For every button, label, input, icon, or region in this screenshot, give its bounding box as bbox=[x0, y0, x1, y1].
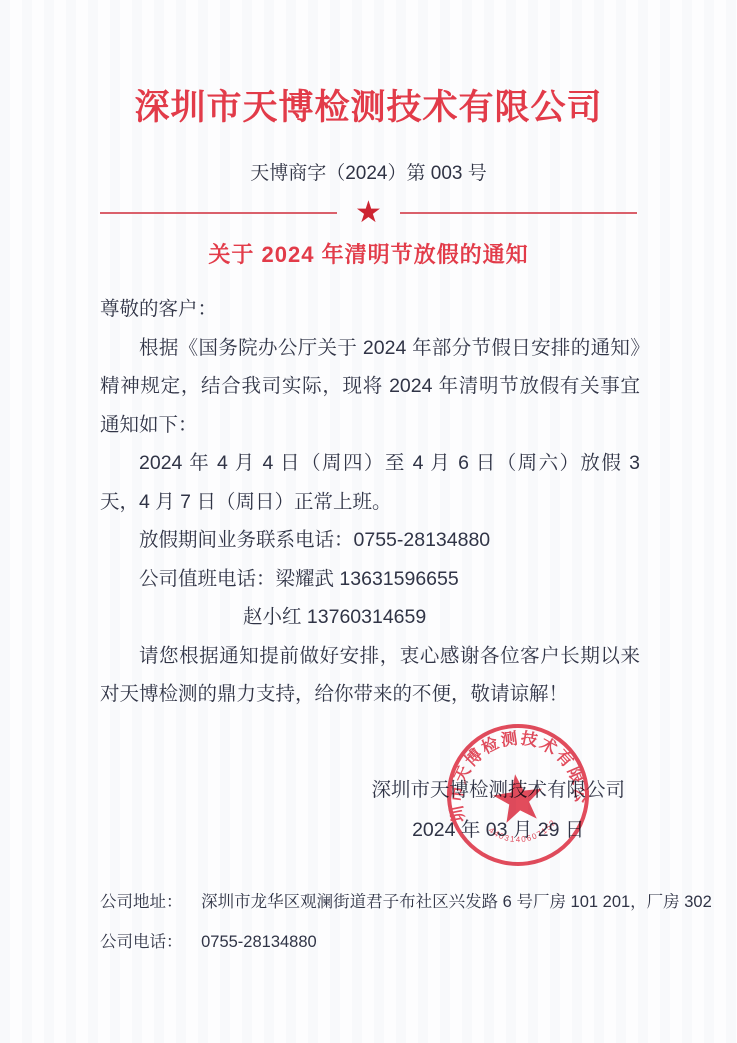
paragraph-closing: 请您根据通知提前做好安排，衷心感谢各位客户长期以来对天博检测的鼎力支持，给你带来… bbox=[100, 637, 640, 714]
star-icon: ★ bbox=[337, 198, 400, 228]
footer-contact: 公司地址： 深圳市龙华区观澜街道君子布社区兴发路 6 号厂房 101 201，厂… bbox=[100, 882, 649, 962]
seal-star-icon bbox=[491, 771, 546, 824]
svg-text:4403140607152: 4403140607152 bbox=[486, 817, 560, 849]
document-number: 天博商字（2024）第 003 号 bbox=[0, 158, 737, 185]
paragraph-duty-phone: 公司值班电话：梁耀武 13631596655 bbox=[100, 560, 640, 599]
footer-address-label: 公司地址： bbox=[100, 893, 183, 911]
notice-document-page: 深圳市天博检测技术有限公司 天博商字（2024）第 003 号 ★ 关于 202… bbox=[0, 0, 737, 1043]
notice-body: 尊敬的客户： 根据《国务院办公厅关于 2024 年部分节假日安排的通知》精神规定… bbox=[100, 290, 640, 714]
notice-title: 关于 2024 年清明节放假的通知 bbox=[0, 238, 737, 269]
paragraph-holiday-dates: 2024 年 4 月 4 日（周四）至 4 月 6 日（周六）放假 3 天，4 … bbox=[100, 444, 640, 521]
company-title: 深圳市天博检测技术有限公司 bbox=[0, 80, 737, 130]
footer-phone-label: 公司电话： bbox=[100, 933, 183, 951]
company-seal-stamp: 深圳市天博检测技术有限公司 4403140607152 bbox=[433, 710, 602, 879]
footer-phone-row: 公司电话： 0755-28134880 bbox=[100, 922, 649, 962]
footer-phone-value: 0755-28134880 bbox=[201, 933, 317, 951]
divider-line-left bbox=[100, 212, 337, 214]
divider-line-right bbox=[400, 212, 637, 214]
salutation: 尊敬的客户： bbox=[100, 290, 640, 329]
paragraph-business-phone: 放假期间业务联系电话：0755-28134880 bbox=[100, 521, 640, 560]
paragraph-duty-phone-2: 赵小红 13760314659 bbox=[100, 598, 640, 637]
footer-address-row: 公司地址： 深圳市龙华区观澜街道君子布社区兴发路 6 号厂房 101 201，厂… bbox=[100, 882, 649, 922]
seal-code-text: 4403140607152 bbox=[486, 817, 560, 849]
paragraph-basis: 根据《国务院办公厅关于 2024 年部分节假日安排的通知》精神规定，结合我司实际… bbox=[100, 329, 640, 445]
footer-address-value: 深圳市龙华区观澜街道君子布社区兴发路 6 号厂房 101 201，厂房 302 bbox=[201, 893, 712, 911]
star-divider: ★ bbox=[100, 198, 637, 228]
